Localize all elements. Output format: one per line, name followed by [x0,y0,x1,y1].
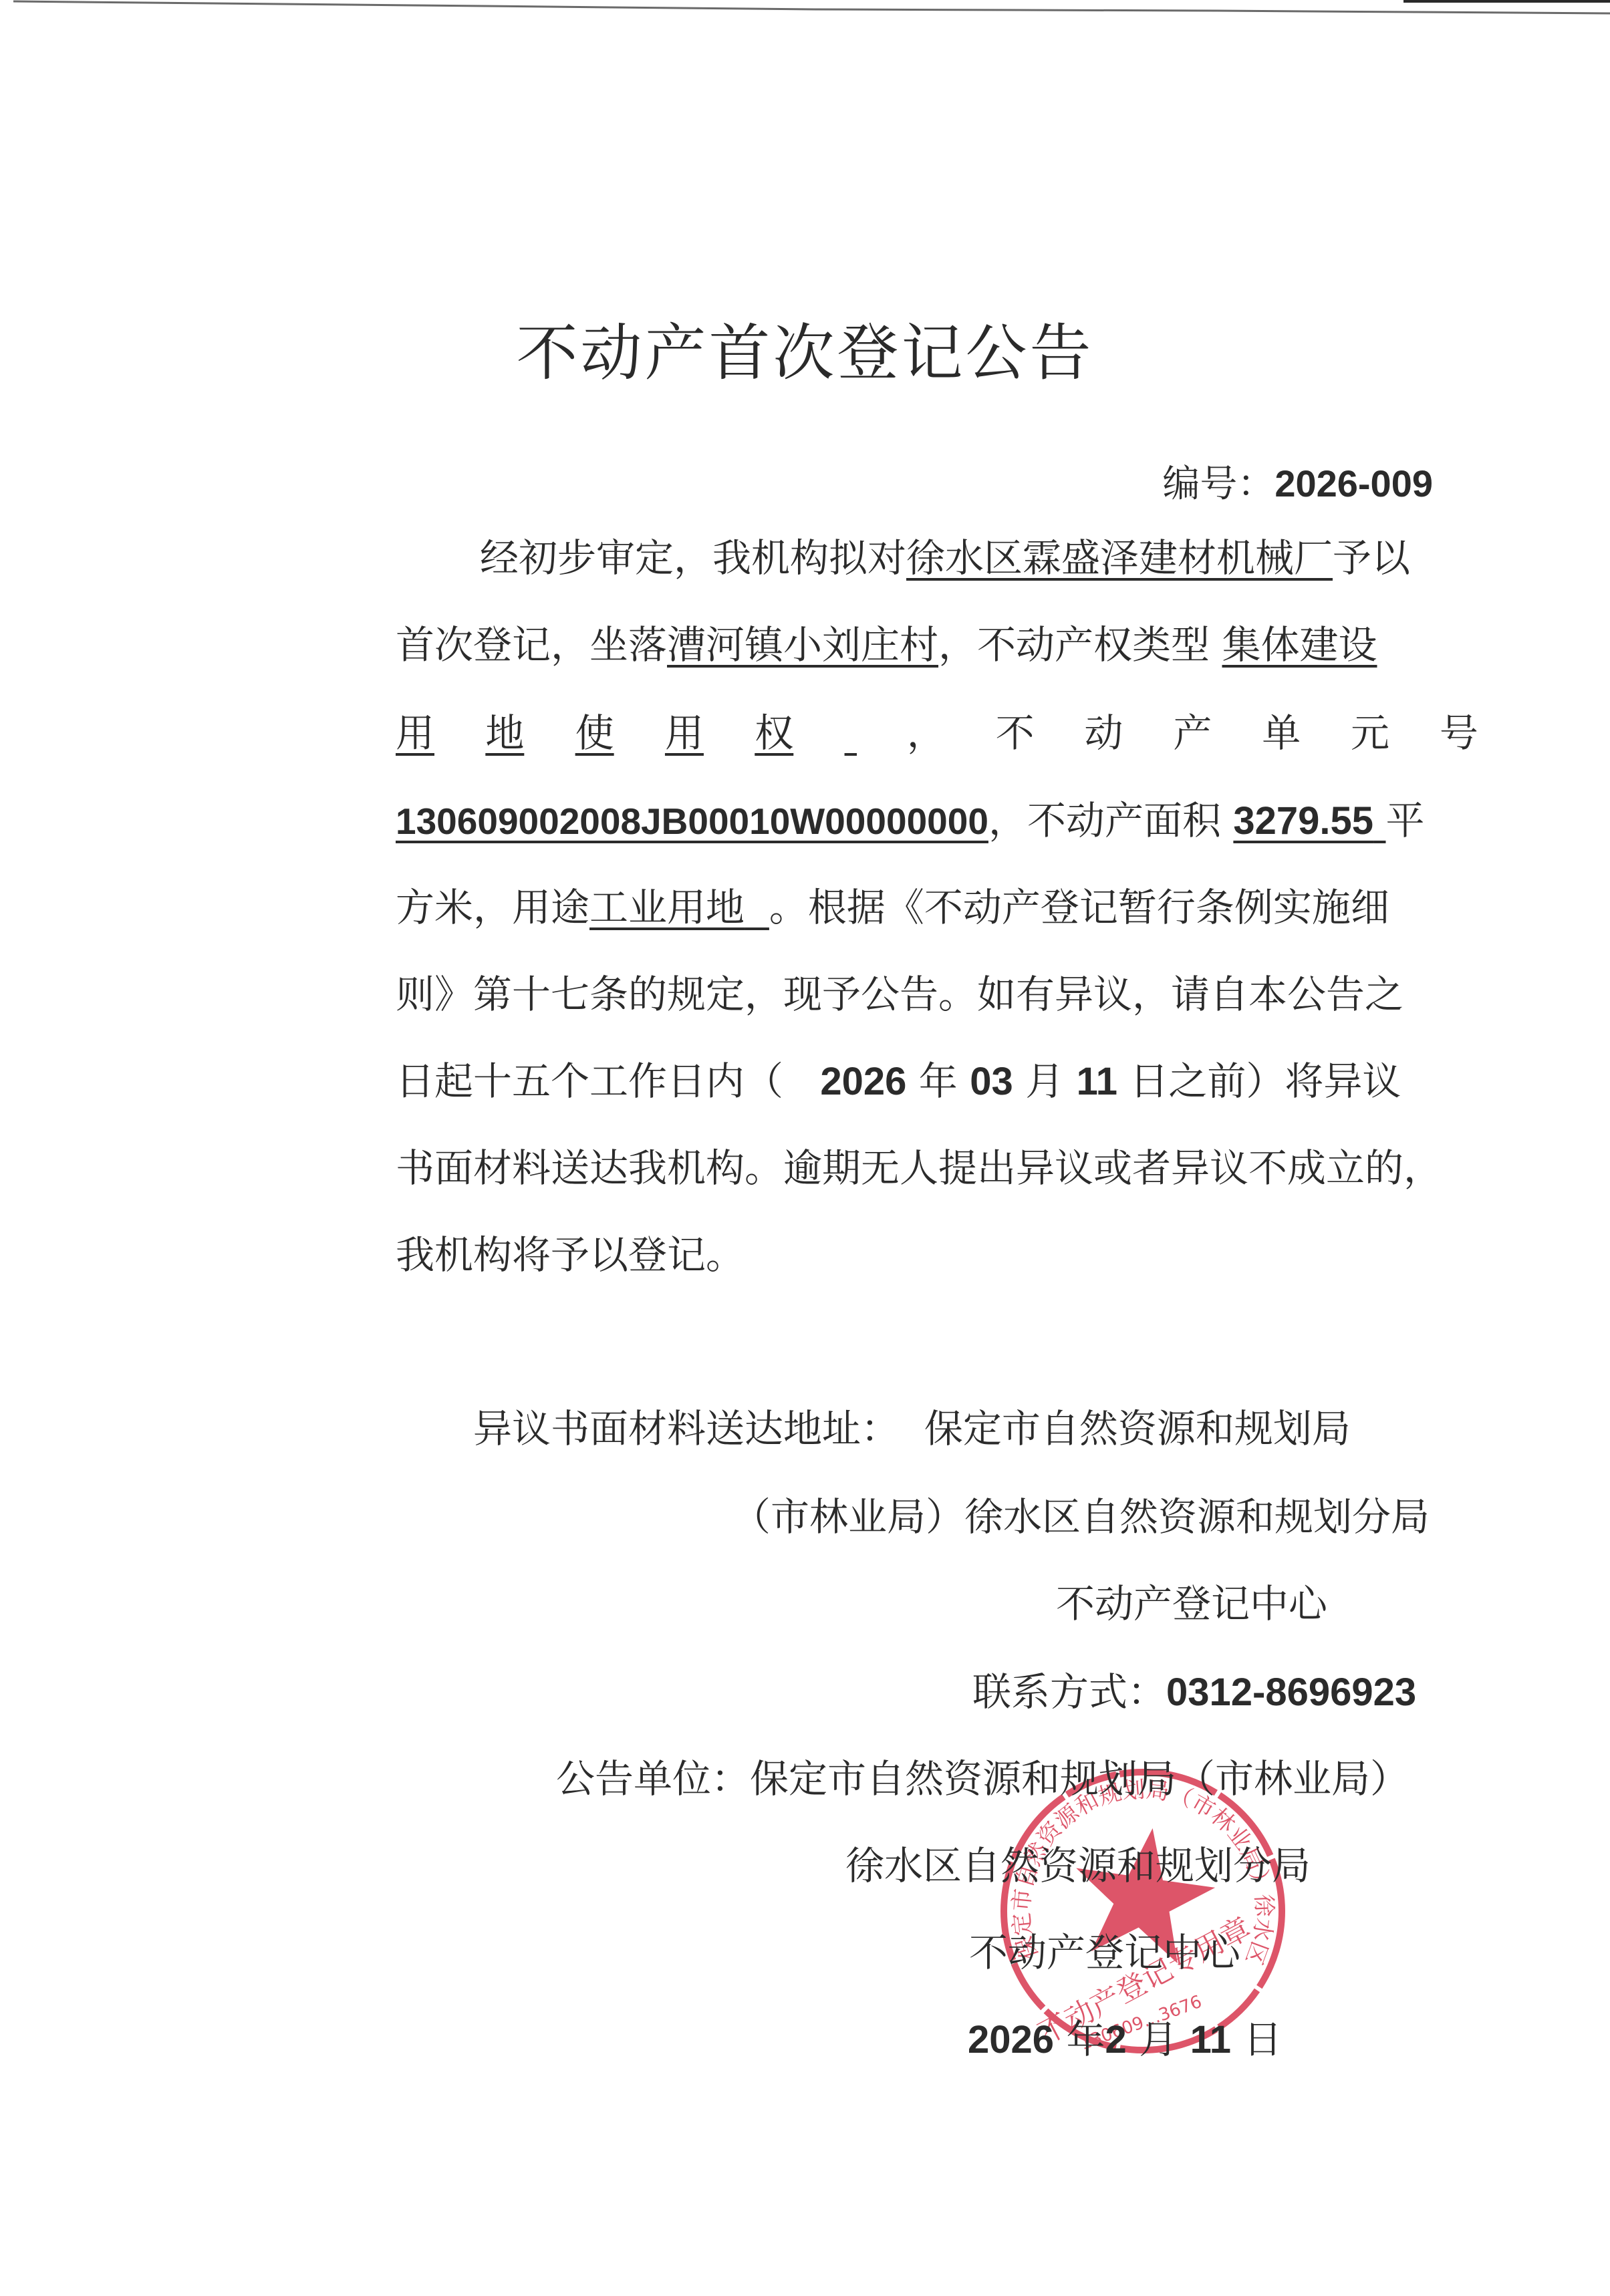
text: 首次登记，坐落 [396,622,667,668]
deadline-day: 11 [1077,1060,1117,1103]
issuer-line-1: 公告单位：保定市自然资源和规划局（市林业局） [556,1752,1409,1806]
issuer-line-2: 徐水区自然资源和规划分局 [845,1839,1311,1892]
serial-value: 2026-009 [1274,462,1433,505]
serial-label: 编号： [1162,462,1274,506]
area-value: 3279.55 [1233,799,1373,843]
char: 权 [755,706,793,760]
body-line-3: 用 地 使 用 权 ， 不 动 产 单 元 号 [396,706,1478,760]
char: 动 [1085,706,1123,760]
contact-label: 联系方式： [972,1669,1166,1715]
text: 年 [919,1058,958,1104]
char: 产 [1173,706,1212,760]
objection-address-line-1: 异议书面材料送达地址： 保定市自然资源和规划局 [473,1402,1351,1455]
issue-year: 2026 [968,2018,1054,2061]
char: 单 [1262,706,1301,760]
objection-address-line-2: （市林业局）徐水区自然资源和规划分局 [732,1490,1430,1544]
char: 使 [575,706,614,760]
text: 月 [1139,2017,1178,2062]
text: ，不动产面积 [988,798,1221,843]
body-line-6: 则》第十七条的规定，现予公告。如有异议，请自本公告之 [396,968,1478,1021]
char: 用 [665,706,704,760]
body-line-4: 130609002008JB00010W00000000，不动产面积 3279.… [396,794,1478,848]
right-type-part2: 用 地 使 用 权 [396,706,857,760]
text: 日 [1243,2017,1282,2062]
char: 号 [1440,706,1478,760]
text: 予以 [1333,535,1410,581]
text: 保定市自然资源和规划局（市林业局） [750,1756,1409,1802]
char: 用 [396,706,434,760]
issuer-label: 公告单位： [556,1756,750,1802]
document-title: 不动产首次登记公告 [0,304,1610,392]
deadline-month: 03 [970,1060,1013,1103]
applicant-name: 徐水区霖盛泽建材机械厂 [906,535,1333,581]
text: 年 [1066,2017,1105,2062]
text: 方米，用途 [396,885,589,930]
issue-day: 11 [1190,2018,1231,2061]
issue-month: 2 [1105,2018,1126,2061]
right-type-part1: 集体建设 [1222,622,1377,668]
issue-date: 2026 年2 月 11 日 [968,2013,1282,2067]
body-line-2: 首次登记，坐落漕河镇小刘庄村，不动产权类型 集体建设 [396,618,1478,672]
text: ， [907,706,946,760]
text: 保定市自然资源和规划局 [924,1406,1351,1451]
objection-address-label: 异议书面材料送达地址： [473,1406,900,1451]
text: 日起十五个工作日内（ [396,1058,783,1104]
deadline-year: 2026 [820,1060,906,1103]
text: 月 [1025,1058,1064,1104]
char: 不 [996,706,1035,760]
text: 日之前）将异议 [1129,1058,1401,1104]
contact-info: 联系方式：0312-8696923 [972,1665,1416,1719]
text: ，不动产权类型 [938,622,1210,668]
serial-number: 编号：2026-009 [1162,454,1433,508]
char: 地 [485,706,524,760]
body-line-8: 书面材料送达我机构。逾期无人提出异议或者异议不成立的， [396,1141,1478,1195]
text: 平 [1385,798,1424,843]
body-line-5: 方米，用途工业用地 。根据《不动产登记暂行条例实施细 [396,881,1478,934]
text: 经初步审定，我机构拟对 [480,535,906,581]
contact-phone: 0312-8696923 [1166,1671,1416,1714]
scan-edge-shadow [13,0,1610,15]
usage: 工业用地 [589,885,745,930]
location: 漕河镇小刘庄村 [667,622,938,668]
body-line-7: 日起十五个工作日内（ 2026 年 03 月 11 日之前）将异议 [396,1054,1478,1109]
unit-number: 130609002008JB00010W00000000 [396,801,988,842]
char: 元 [1351,706,1389,760]
objection-address-line-3: 不动产登记中心 [1056,1577,1327,1630]
issuer-line-3: 不动产登记中心 [969,1926,1240,1979]
text: 。根据《不动产登记暂行条例实施细 [769,885,1389,930]
body-line-1: 经初步审定，我机构拟对徐水区霖盛泽建材机械厂予以 [480,531,1478,585]
body-line-9: 我机构将予以登记。 [396,1228,1478,1282]
